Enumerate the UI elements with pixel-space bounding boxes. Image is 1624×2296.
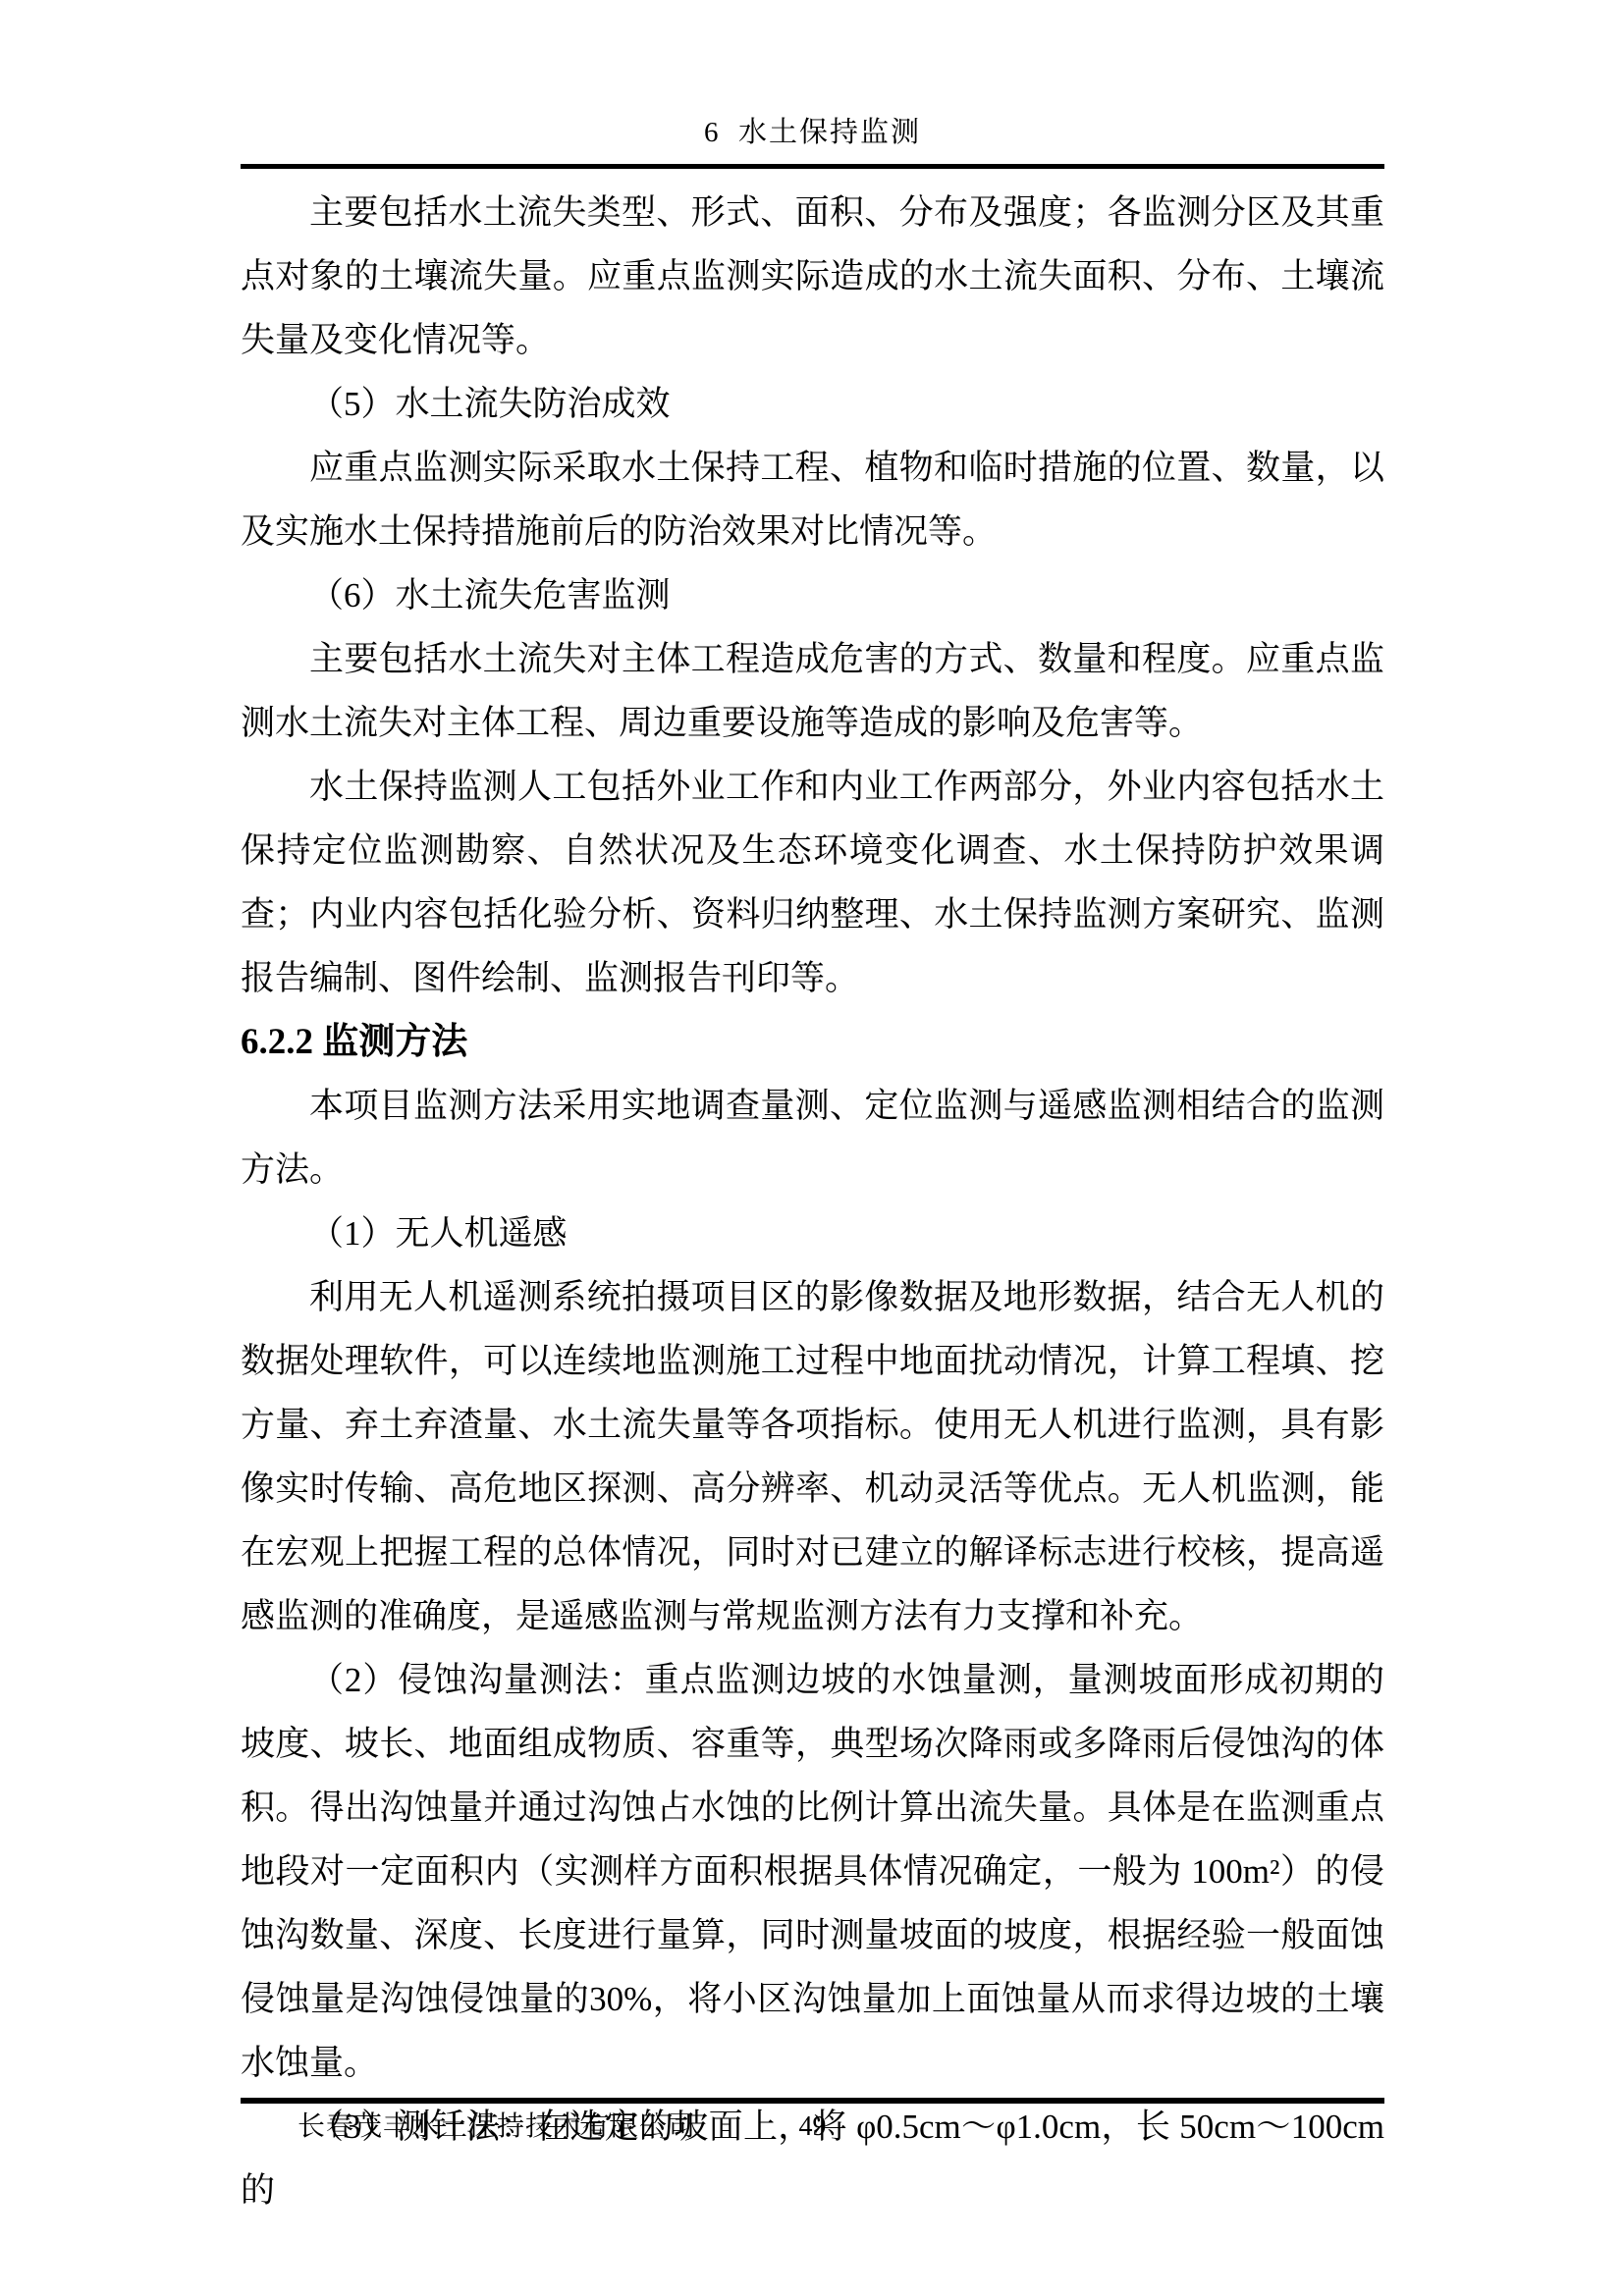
page-header-title: 6 水土保持监测 xyxy=(241,116,1384,149)
section-heading-6-2-2-monitoring-methods: 6.2.2 监测方法 xyxy=(241,1010,1384,1074)
header-rule xyxy=(241,164,1384,169)
paragraph-hazard-monitoring-detail: 主要包括水土流失对主体工程造成危害的方式、数量和程度。应重点监测水土流失对主体工… xyxy=(241,627,1384,755)
list-item-1-uav-remote-sensing-title: （1）无人机遥感 xyxy=(241,1201,1384,1265)
paragraph-erosion-gully-measurement-method: （2）侵蚀沟量测法：重点监测边坡的水蚀量测，量测坡面形成初期的坡度、坡长、地面组… xyxy=(241,1648,1384,2095)
footer-page-number: 49 xyxy=(241,2109,1384,2145)
document-body: 主要包括水土流失类型、形式、面积、分布及强度；各监测分区及其重点对象的土壤流失量… xyxy=(241,181,1384,2222)
paragraph-soil-loss-monitoring-content: 主要包括水土流失类型、形式、面积、分布及强度；各监测分区及其重点对象的土壤流失量… xyxy=(241,181,1384,372)
paragraph-method-overview: 本项目监测方法采用实地调查量测、定位监测与遥感监测相结合的监测方法。 xyxy=(241,1074,1384,1201)
list-item-6-hazard-monitoring-title: （6）水土流失危害监测 xyxy=(241,563,1384,627)
paragraph-uav-remote-sensing-detail: 利用无人机遥测系统拍摄项目区的影像数据及地形数据，结合无人机的数据处理软件，可以… xyxy=(241,1265,1384,1648)
paragraph-prevention-effect-detail: 应重点监测实际采取水土保持工程、植物和临时措施的位置、数量，以及实施水土保持措施… xyxy=(241,436,1384,563)
document-page: 6 水土保持监测 主要包括水土流失类型、形式、面积、分布及强度；各监测分区及其重… xyxy=(0,0,1624,2296)
list-item-5-prevention-effect-title: （5）水土流失防治成效 xyxy=(241,372,1384,436)
footer-rule xyxy=(241,2098,1384,2104)
paragraph-field-and-office-work-scope: 水土保持监测人工包括外业工作和内业工作两部分，外业内容包括水土保持定位监测勘察、… xyxy=(241,755,1384,1010)
